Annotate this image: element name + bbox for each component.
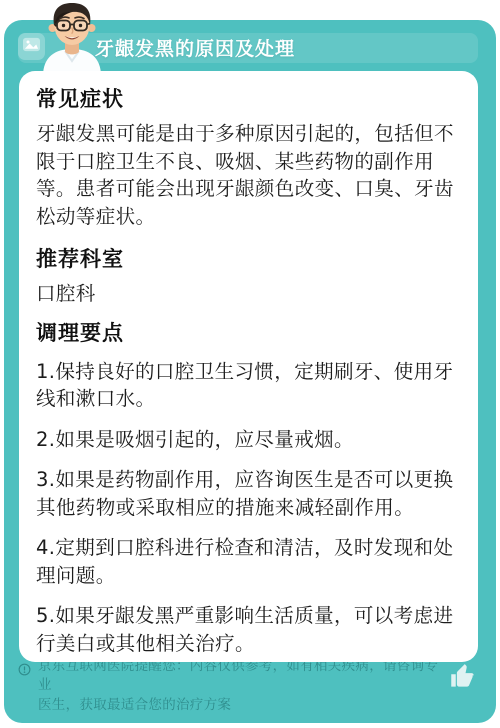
care-point-item: 3.如果是药物副作用，应咨询医生是否可以更换 其他药物或采取相应的措施来减轻副作… (36, 466, 460, 521)
thumbs-up-button[interactable] (449, 663, 476, 690)
care-point-item: 4.定期到口腔科进行检查和清洁，及时发现和处 理问题。 (36, 534, 460, 589)
section-heading-care-points: 调理要点 (36, 318, 460, 348)
content-card: 常见症状 牙龈发黑可能是由于多种原因引起的，包括但不 限于口腔卫生不良、吸烟、某… (19, 71, 478, 662)
doctor-avatar (35, 2, 109, 75)
section-heading-symptoms: 常见症状 (36, 84, 460, 114)
care-point-item: 2.如果是吸烟引起的，应尽量戒烟。 (36, 426, 460, 454)
section-heading-department: 推荐科室 (36, 244, 460, 274)
health-article-page: 京东互联网医院提醒您：内容仅供参考，如有相关疾病，请咨询专业 医生，获取最适合您… (0, 0, 500, 728)
care-points-list: 1.保持良好的口腔卫生习惯，定期刷牙、使用牙 线和漱口水。 2.如果是吸烟引起的… (36, 358, 460, 658)
department-value: 口腔科 (36, 280, 460, 308)
care-point-item: 1.保持良好的口腔卫生习惯，定期刷牙、使用牙 线和漱口水。 (36, 358, 460, 413)
care-point-item: 5.如果牙龈发黑严重影响生活质量，可以考虑进 行美白或其他相关治疗。 (36, 602, 460, 657)
thumbs-up-icon (449, 678, 476, 693)
article-title: 牙龈发黑的原因及处理 (95, 34, 295, 64)
info-icon (18, 661, 31, 674)
disclaimer-bar: 京东互联网医院提醒您：内容仅供参考，如有相关疾病，请咨询专业 医生，获取最适合您… (18, 657, 486, 716)
disclaimer-text: 京东互联网医院提醒您：内容仅供参考，如有相关疾病，请咨询专业 医生，获取最适合您… (38, 657, 442, 716)
symptoms-paragraph: 牙龈发黑可能是由于多种原因引起的，包括但不 限于口腔卫生不良、吸烟、某些药物的副… (36, 120, 460, 230)
